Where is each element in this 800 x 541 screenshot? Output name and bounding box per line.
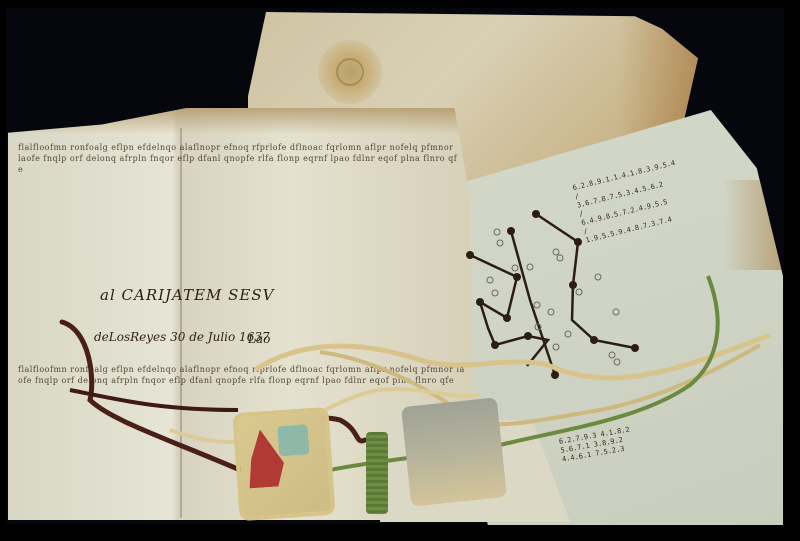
woven-textile-token-green — [366, 432, 388, 514]
photograph: flalfloofmn ronfoalg eflpn efdelnqo alaf… — [0, 0, 800, 541]
woven-textile-token-red — [232, 407, 335, 521]
teal-motif — [277, 424, 309, 456]
knot-diagram — [470, 214, 635, 375]
cord-diagram-overlay — [0, 0, 800, 541]
woven-textile-token-grey — [401, 397, 507, 506]
straw-cord — [320, 345, 760, 424]
diagram-small-circles — [487, 229, 620, 365]
